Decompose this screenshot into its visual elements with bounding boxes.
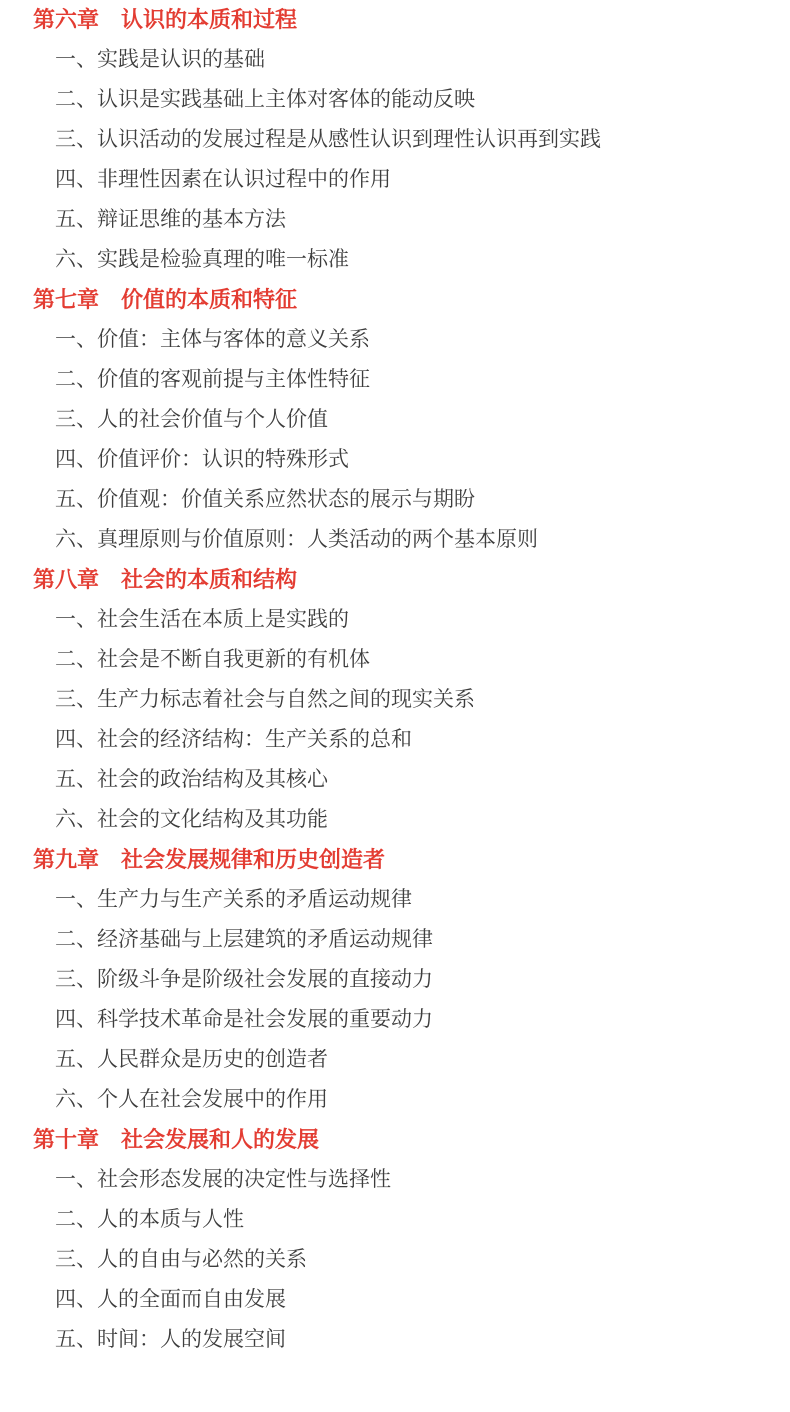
- toc-section-item: 五、辩证思维的基本方法: [0, 200, 790, 240]
- toc-section-item: 四、人的全面而自由发展: [0, 1280, 790, 1320]
- chapter-title: 社会发展和人的发展: [121, 1127, 319, 1152]
- toc-section-item: 三、阶级斗争是阶级社会发展的直接动力: [0, 960, 790, 1000]
- toc-section-item: 六、真理原则与价值原则：人类活动的两个基本原则: [0, 520, 790, 560]
- chapter-title: 价值的本质和特征: [121, 287, 297, 312]
- chapter-number: 第十章: [33, 1127, 99, 1152]
- toc-section-item: 五、价值观：价值关系应然状态的展示与期盼: [0, 480, 790, 520]
- toc-section-item: 五、人民群众是历史的创造者: [0, 1040, 790, 1080]
- toc-section-item: 一、生产力与生产关系的矛盾运动规律: [0, 880, 790, 920]
- toc-section-item: 三、人的社会价值与个人价值: [0, 400, 790, 440]
- toc-section-item: 四、价值评价：认识的特殊形式: [0, 440, 790, 480]
- chapter-title: 社会发展规律和历史创造者: [121, 847, 385, 872]
- chapter-number: 第八章: [33, 567, 99, 592]
- chapter-heading: 第八章社会的本质和结构: [0, 560, 790, 600]
- toc-section-item: 三、生产力标志着社会与自然之间的现实关系: [0, 680, 790, 720]
- toc-section-item: 二、人的本质与人性: [0, 1200, 790, 1240]
- toc-section-item: 三、人的自由与必然的关系: [0, 1240, 790, 1280]
- chapter-heading: 第六章认识的本质和过程: [0, 0, 790, 40]
- toc-section-item: 一、社会生活在本质上是实践的: [0, 600, 790, 640]
- toc-section-item: 二、社会是不断自我更新的有机体: [0, 640, 790, 680]
- chapter-heading: 第十章社会发展和人的发展: [0, 1120, 790, 1160]
- chapter-heading: 第九章社会发展规律和历史创造者: [0, 840, 790, 880]
- toc-section-item: 六、社会的文化结构及其功能: [0, 800, 790, 840]
- toc-section-item: 五、时间：人的发展空间: [0, 1320, 790, 1360]
- toc-section-item: 三、认识活动的发展过程是从感性认识到理性认识再到实践: [0, 120, 790, 160]
- chapter-heading: 第七章价值的本质和特征: [0, 280, 790, 320]
- table-of-contents: 第六章认识的本质和过程 一、实践是认识的基础 二、认识是实践基础上主体对客体的能…: [0, 0, 790, 1360]
- toc-section-item: 五、社会的政治结构及其核心: [0, 760, 790, 800]
- chapter-number: 第九章: [33, 847, 99, 872]
- chapter-number: 第七章: [33, 287, 99, 312]
- toc-section-item: 四、社会的经济结构：生产关系的总和: [0, 720, 790, 760]
- chapter-number: 第六章: [33, 7, 99, 32]
- toc-section-item: 二、经济基础与上层建筑的矛盾运动规律: [0, 920, 790, 960]
- toc-section-item: 二、价值的客观前提与主体性特征: [0, 360, 790, 400]
- toc-section-item: 一、社会形态发展的决定性与选择性: [0, 1160, 790, 1200]
- toc-section-item: 一、价值：主体与客体的意义关系: [0, 320, 790, 360]
- toc-section-item: 六、实践是检验真理的唯一标准: [0, 240, 790, 280]
- chapter-title: 社会的本质和结构: [121, 567, 297, 592]
- toc-section-item: 二、认识是实践基础上主体对客体的能动反映: [0, 80, 790, 120]
- toc-section-item: 六、个人在社会发展中的作用: [0, 1080, 790, 1120]
- toc-section-item: 四、非理性因素在认识过程中的作用: [0, 160, 790, 200]
- chapter-title: 认识的本质和过程: [121, 7, 297, 32]
- toc-section-item: 一、实践是认识的基础: [0, 40, 790, 80]
- toc-section-item: 四、科学技术革命是社会发展的重要动力: [0, 1000, 790, 1040]
